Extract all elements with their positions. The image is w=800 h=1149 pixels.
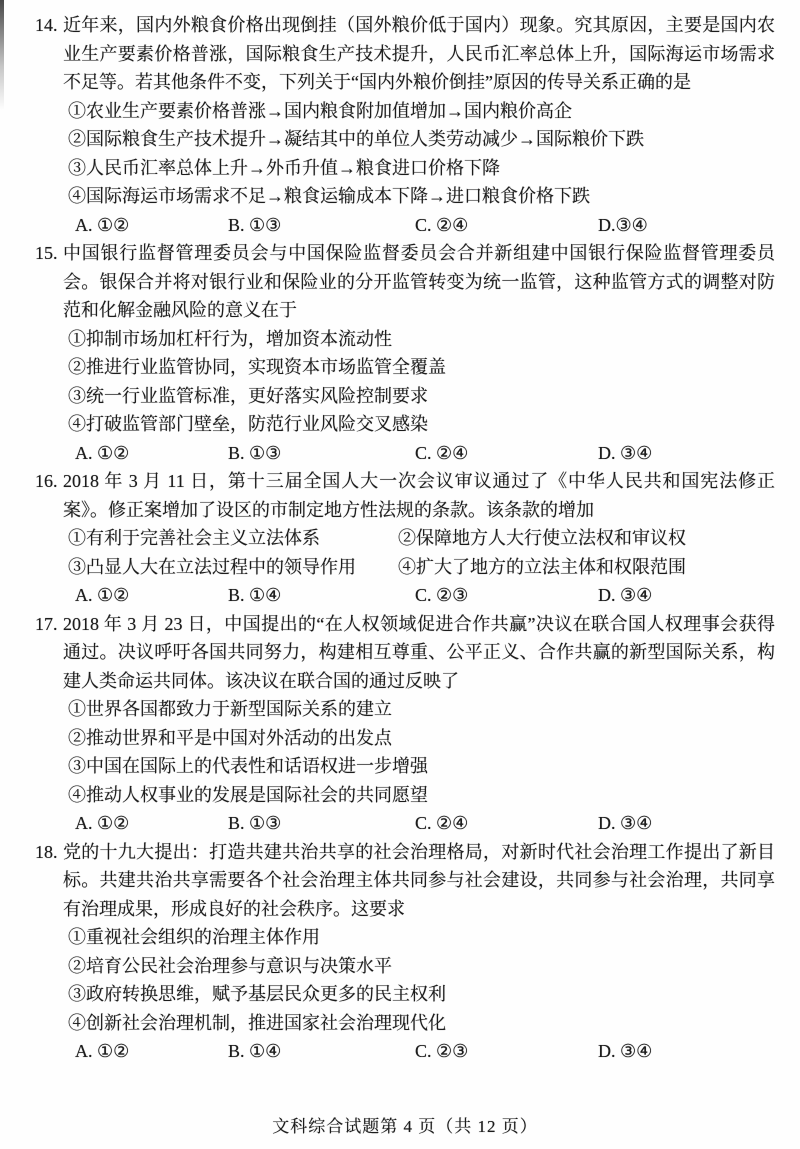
statement-2: ②推动世界和平是中国对外活动的出发点 [68,724,775,753]
choice-b: B. ①④ [228,1037,415,1066]
exam-page: 14. 近年来，国内外粮食价格出现倒挂（国外粮价低于国内）现象。究其原因，主要是… [0,0,800,1149]
question-stem: 党的十九大提出：打造共建共治共享的社会治理格局，对新时代社会治理工作提出了新目标… [63,838,775,924]
question-16: 16. 2018 年 3 月 11 日，第十三届全国人大一次会议审议通过了《中华… [35,467,775,610]
choice-c: C. ②④ [415,809,598,838]
page-footer: 文科综合试题第 4 页（共 12 页） [35,1112,775,1137]
choice-b: B. ①③ [228,809,415,838]
question-stem: 2018 年 3 月 23 日，中国提出的“在人权领域促进合作共赢”决议在联合国… [63,610,775,696]
choice-c: C. ②③ [415,1037,598,1066]
choice-b: B. ①③ [228,439,415,468]
statement-list: ①重视社会组织的治理主体作用 ②培育公民社会治理参与意识与决策水平 ③政府转换思… [68,923,775,1037]
question-stem: 近年来，国内外粮食价格出现倒挂（国外粮价低于国内）现象。究其原因，主要是国内农业… [63,11,775,97]
choice-a: A. ①② [75,439,228,468]
choice-d: D. ③④ [598,1037,652,1066]
statement-4: ④国际海运市场需求不足→粮食运输成本下降→进口粮食价格下跌 [68,182,775,211]
choice-c: C. ②④ [415,211,598,240]
statement-4: ④推动人权事业的发展是国际社会的共同愿望 [68,781,775,810]
scan-edge-artifact [0,0,4,110]
statement-list: ①有利于完善社会主义立法体系 ②保障地方人大行使立法权和审议权 ③凸显人大在立法… [68,524,775,581]
choice-b: B. ①③ [228,211,415,240]
choice-d: D. ③④ [598,439,652,468]
answer-choices: A. ①② B. ①③ C. ②④ D. ③④ [75,439,775,468]
statement-1: ①有利于完善社会主义立法体系 [68,524,398,553]
statement-1: ①抑制市场加杠杆行为，增加资本流动性 [68,325,775,354]
statement-4: ④扩大了地方的立法主体和权限范围 [398,553,686,582]
statement-3: ③统一行业监管标准，更好落实风险控制要求 [68,382,775,411]
statement-2: ②培育公民社会治理参与意识与决策水平 [68,952,775,981]
choice-c: C. ②④ [415,439,598,468]
choice-d: D.③④ [598,211,648,240]
question-number: 16. [35,467,58,496]
statement-3: ③凸显人大在立法过程中的领导作用 [68,553,398,582]
statement-1: ①世界各国都致力于新型国际关系的建立 [68,695,775,724]
choice-a: A. ①② [75,1037,228,1066]
question-stem: 中国银行监督管理委员会与中国保险监督委员会合并新组建中国银行保险监督管理委员会。… [63,239,775,325]
question-stem: 2018 年 3 月 11 日，第十三届全国人大一次会议审议通过了《中华人民共和… [63,467,775,524]
choice-b: B. ①④ [228,581,415,610]
choice-a: A. ①② [75,809,228,838]
statement-3: ③人民币汇率总体上升→外币升值→粮食进口价格下降 [68,154,775,183]
statement-3: ③中国在国际上的代表性和话语权进一步增强 [68,752,775,781]
statement-list: ①农业生产要素价格普涨→国内粮食附加值增加→国内粮价高企 ②国际粮食生产技术提升… [68,97,775,211]
question-number: 17. [35,610,58,639]
question-15: 15. 中国银行监督管理委员会与中国保险监督委员会合并新组建中国银行保险监督管理… [35,239,775,467]
statement-3: ③政府转换思维，赋予基层民众更多的民主权利 [68,980,775,1009]
answer-choices: A. ①② B. ①④ C. ②③ D. ③④ [75,1037,775,1066]
statement-4: ④创新社会治理机制，推进国家社会治理现代化 [68,1009,775,1038]
question-number: 14. [35,11,58,40]
question-number: 18. [35,838,58,867]
question-number: 15. [35,239,58,268]
statement-list: ①抑制市场加杠杆行为，增加资本流动性 ②推进行业监管协同，实现资本市场监管全覆盖… [68,325,775,439]
statement-2: ②国际粮食生产技术提升→凝结其中的单位人类劳动减少→国际粮价下跌 [68,125,775,154]
choice-d: D. ③④ [598,809,652,838]
question-14: 14. 近年来，国内外粮食价格出现倒挂（国外粮价低于国内）现象。究其原因，主要是… [35,11,775,239]
statement-1: ①农业生产要素价格普涨→国内粮食附加值增加→国内粮价高企 [68,97,775,126]
statement-list: ①世界各国都致力于新型国际关系的建立 ②推动世界和平是中国对外活动的出发点 ③中… [68,695,775,809]
question-17: 17. 2018 年 3 月 23 日，中国提出的“在人权领域促进合作共赢”决议… [35,610,775,838]
choice-a: A. ①② [75,211,228,240]
choice-c: C. ②③ [415,581,598,610]
question-18: 18. 党的十九大提出：打造共建共治共享的社会治理格局，对新时代社会治理工作提出… [35,838,775,1066]
choice-d: D. ③④ [598,581,652,610]
answer-choices: A. ①② B. ①③ C. ②④ D. ③④ [75,809,775,838]
statement-1: ①重视社会组织的治理主体作用 [68,923,775,952]
answer-choices: A. ①② B. ①③ C. ②④ D.③④ [75,211,775,240]
choice-a: A. ①② [75,581,228,610]
statement-4: ④打破监管部门壁垒，防范行业风险交叉感染 [68,410,775,439]
statement-2: ②推进行业监管协同，实现资本市场监管全覆盖 [68,353,775,382]
statement-2: ②保障地方人大行使立法权和审议权 [398,524,686,553]
answer-choices: A. ①② B. ①④ C. ②③ D. ③④ [75,581,775,610]
